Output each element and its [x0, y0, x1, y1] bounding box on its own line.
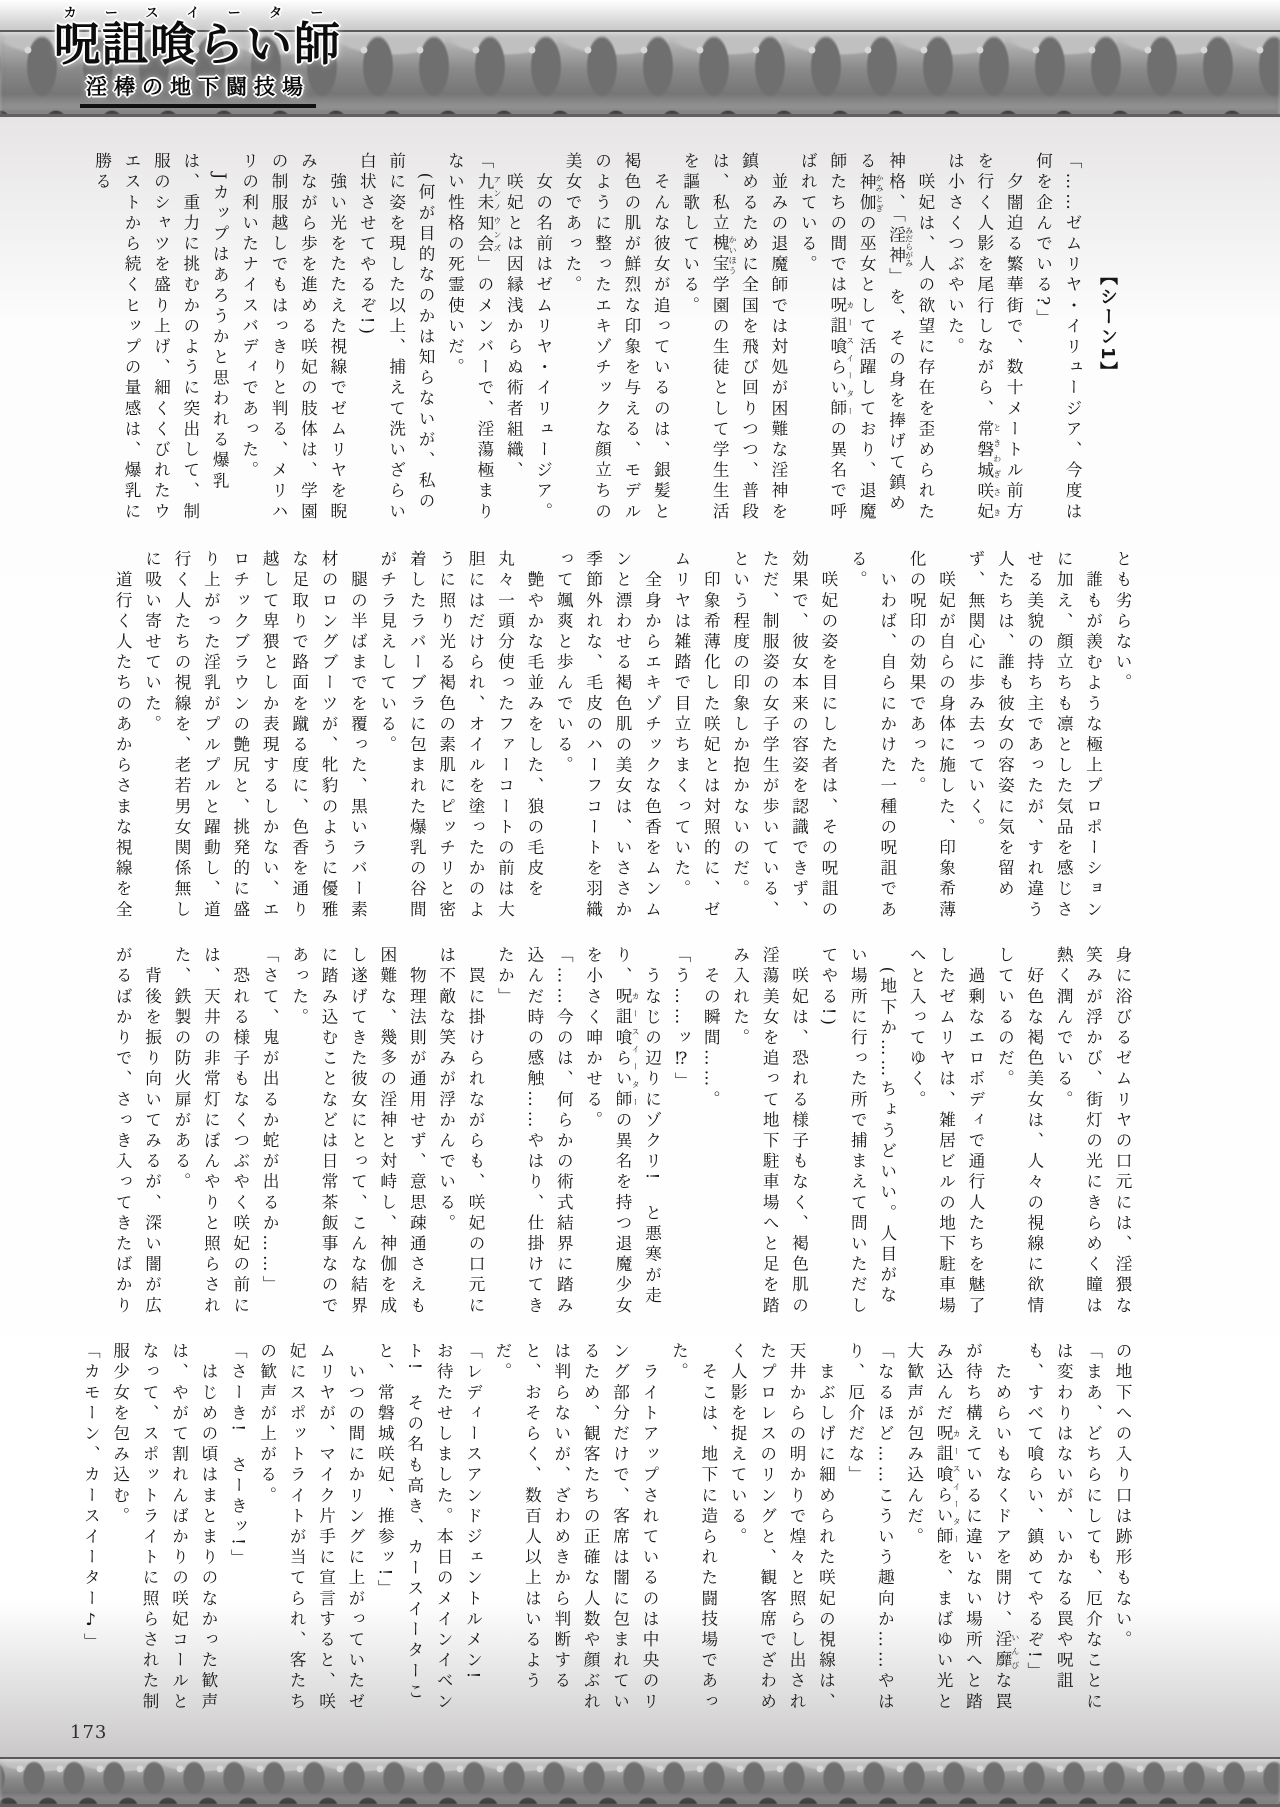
footer-ornament-band	[0, 1757, 1280, 1807]
page-number: 173	[70, 1722, 107, 1743]
book-page: 呪詛喰らい師 カースイーター 淫棒の地下闘技場 【シーン1】 「……ゼムリヤ・イ…	[0, 0, 1280, 1807]
band-3-text: 身に浴びるゼムリヤの口元には、淫猥な笑みが浮かび、街灯の光にきらめく瞳は熱く潤ん…	[108, 946, 1137, 1322]
title-block: 呪詛喰らい師 カースイーター 淫棒の地下闘技場	[54, 6, 342, 108]
text-band-3: 身に浴びるゼムリヤの口元には、淫猥な笑みが浮かび、街灯の光にきらめく瞳は熱く潤ん…	[108, 946, 1137, 1322]
text-band-2: とも劣らない。 誰もが羨むような極上プロポーションに加え、顔立ちも凛とした気品を…	[108, 550, 1137, 926]
band-2-text: とも劣らない。 誰もが羨むような極上プロポーションに加え、顔立ちも凛とした気品を…	[108, 550, 1137, 926]
text-band-4: の地下への入り口は跡形もない。「まあ、どちらにしても、厄介なことには変わりはない…	[76, 1342, 1137, 1718]
scene-heading: 【シーン1】	[1087, 152, 1127, 528]
title-text: 呪詛喰らい師	[54, 17, 342, 71]
page-title: 呪詛喰らい師 カースイーター	[54, 6, 342, 68]
band-1-text: 「……ゼムリヤ・イリュージア、今度は何を企んでいる?」 夕闇迫る繁華街で、数十メ…	[87, 152, 1087, 528]
text-band-1: 【シーン1】 「……ゼムリヤ・イリュージア、今度は何を企んでいる?」 夕闇迫る繁…	[87, 152, 1205, 528]
title-furigana: カースイーター	[54, 6, 342, 21]
subtitle: 淫棒の地下闘技場	[80, 71, 316, 108]
band-4-text: の地下への入り口は跡形もない。「まあ、どちらにしても、厄介なことには変わりはない…	[76, 1342, 1137, 1718]
